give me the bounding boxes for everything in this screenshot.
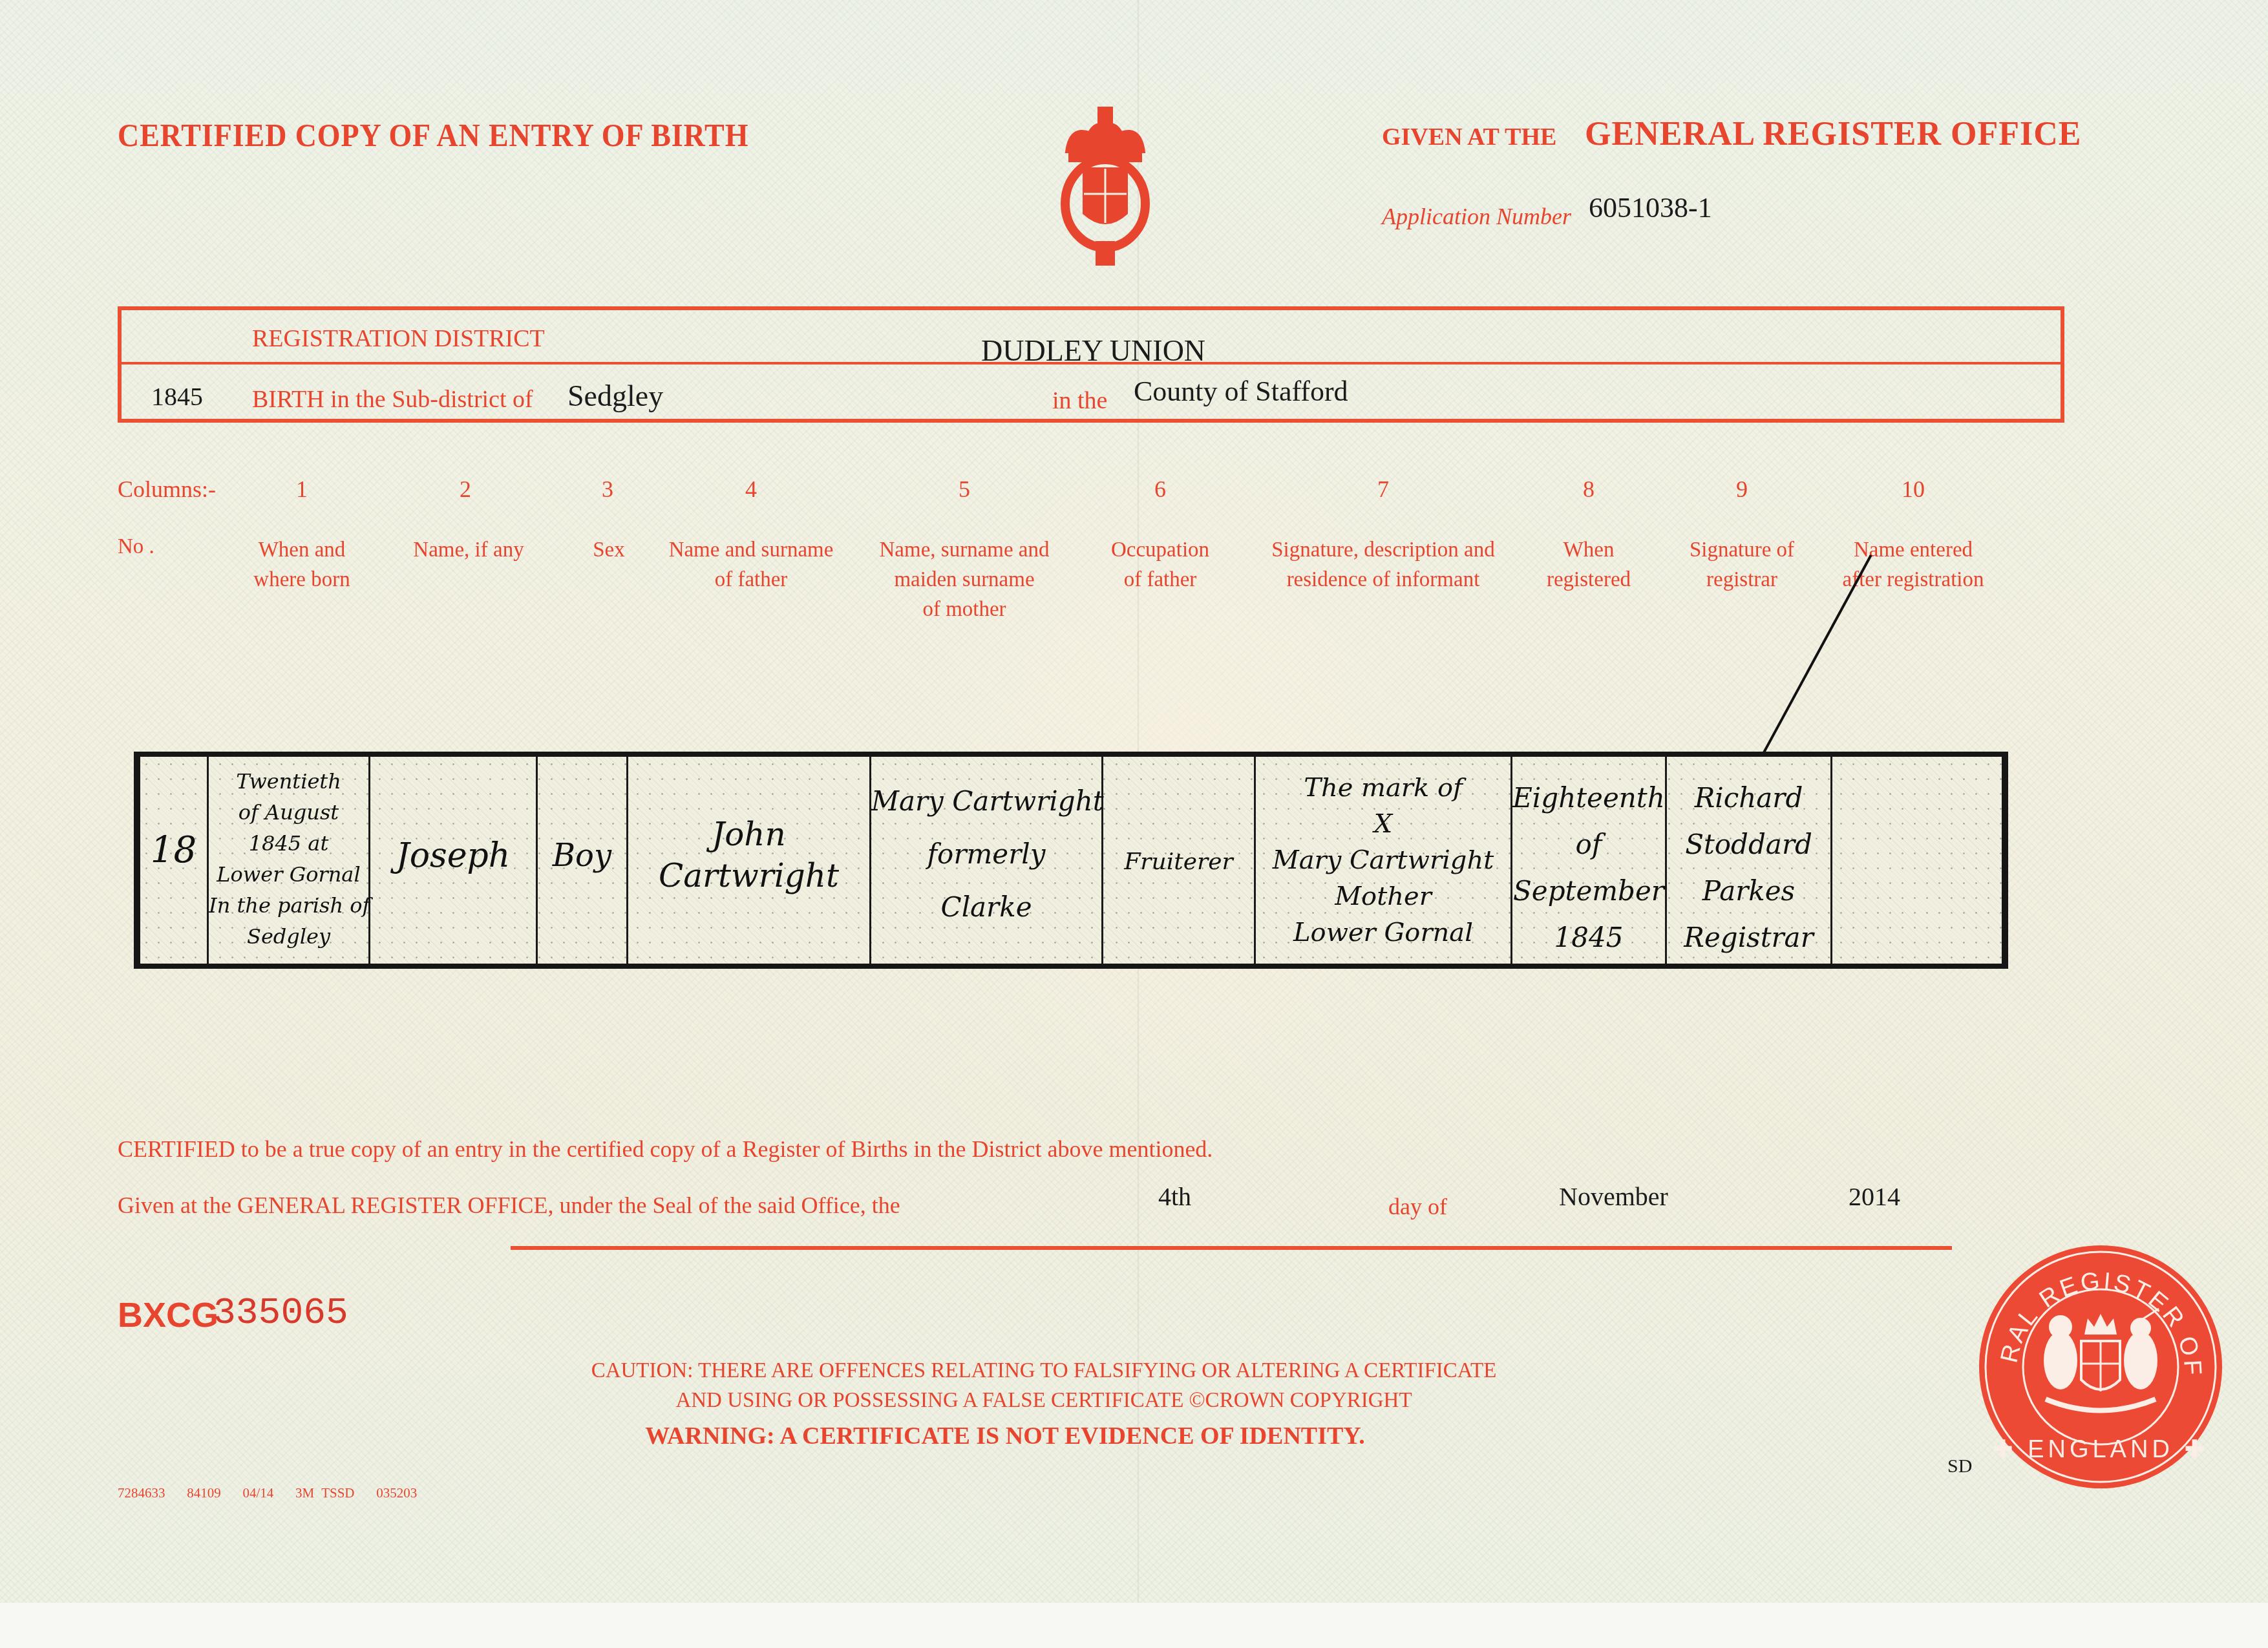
entry-father: John Cartwright: [628, 814, 869, 896]
column-number: 9: [1736, 476, 1748, 503]
county-value: County of Stafford: [1134, 375, 1348, 408]
columns-label: Columns:-: [118, 476, 216, 503]
entry-when-where-born: Twentieth of August 1845 at Lower Gornal…: [209, 766, 368, 952]
general-register-office-seal-icon: GENERAL REGISTER OFFICE ✚ ENGLAND ✚: [1978, 1244, 2223, 1490]
entry-name: Joseph: [370, 840, 536, 872]
entry-occupation: Fruiterer: [1103, 846, 1254, 878]
entry-mother: Mary Cartwright formerly Clarke: [871, 775, 1101, 934]
column-number: 6: [1154, 476, 1166, 503]
registration-district-box: REGISTRATION DISTRICT DUDLEY UNION 1845 …: [118, 306, 2064, 423]
application-number-label: Application Number: [1382, 203, 1571, 230]
given-at-label: GIVEN AT THE: [1382, 123, 1556, 151]
application-number-value: 6051038-1: [1589, 191, 1712, 224]
column-heading-when-where-born: When and where born: [253, 535, 350, 595]
general-register-office-title: GENERAL REGISTER OFFICE: [1585, 115, 2082, 153]
column-heading-mother: Name, surname and maiden surname of moth…: [880, 535, 1050, 624]
column-number: 4: [745, 476, 757, 503]
certification-day: 4th: [1158, 1181, 1191, 1212]
certification-month: November: [1559, 1181, 1668, 1212]
serial-prefix: BXCG: [118, 1295, 218, 1335]
certificate-title: CERTIFIED COPY OF AN ENTRY OF BIRTH: [118, 116, 748, 154]
registration-district-value: DUDLEY UNION: [981, 333, 1205, 368]
certification-statement: CERTIFIED to be a true copy of an entry …: [118, 1136, 1213, 1163]
column-number: 7: [1377, 476, 1389, 503]
column-number: 5: [959, 476, 970, 503]
scan-margin: [0, 1603, 2268, 1648]
register-entry-row: 18 Twentieth of August 1845 at Lower Gor…: [134, 752, 2008, 969]
column-heading-when-registered: When registered: [1547, 535, 1631, 595]
column-heading-occupation: Occupation of father: [1111, 535, 1209, 595]
cell-divider: [1830, 757, 1832, 964]
column-number: 8: [1583, 476, 1595, 503]
sub-district-value: Sedgley: [567, 379, 663, 413]
print-code: 7284633 84109 04/14 3M TSSD 035203: [118, 1485, 417, 1501]
registration-year: 1845: [151, 381, 203, 412]
entry-sex: Boy: [538, 840, 626, 872]
column-number: 10: [1902, 476, 1925, 503]
serial-number: 335065: [213, 1293, 348, 1335]
column-heading-father: Name and surname of father: [669, 535, 834, 595]
identity-warning: WARNING: A CERTIFICATE IS NOT EVIDENCE O…: [645, 1422, 1365, 1450]
red-rule-divider: [511, 1246, 1952, 1250]
column-heading-registrar: Signature of registrar: [1690, 535, 1794, 595]
given-under-seal-statement: Given at the GENERAL REGISTER OFFICE, un…: [118, 1192, 900, 1219]
entry-when-registered: Eighteenth of September 1845: [1512, 775, 1665, 961]
sub-district-label: BIRTH in the Sub-district of: [252, 385, 533, 414]
column-heading-sex: Sex: [593, 535, 625, 565]
certification-year: 2014: [1849, 1181, 1900, 1212]
column-number: 3: [602, 476, 613, 503]
svg-text:✚ ENGLAND ✚: ✚ ENGLAND ✚: [1993, 1436, 2209, 1463]
column-heading-informant: Signature, description and residence of …: [1271, 535, 1495, 595]
column-number: 2: [460, 476, 471, 503]
column-heading-no: No .: [118, 535, 154, 559]
entry-no: 18: [140, 834, 207, 867]
royal-crest-icon: [1050, 107, 1160, 268]
caution-notice: CAUTION: THERE ARE OFFENCES RELATING TO …: [591, 1356, 1497, 1415]
column-heading-name: Name, if any: [413, 535, 524, 565]
county-label: in the: [1052, 386, 1107, 415]
entry-informant: The mark of X Mary Cartwright Mother Low…: [1256, 770, 1510, 951]
day-of-label: day of: [1388, 1193, 1447, 1220]
entry-registrar: Richard Stoddard Parkes Registrar: [1667, 775, 1830, 961]
registration-district-label: REGISTRATION DISTRICT: [252, 324, 545, 353]
column-number: 1: [296, 476, 308, 503]
issuer-initials: SD: [1947, 1455, 1972, 1477]
